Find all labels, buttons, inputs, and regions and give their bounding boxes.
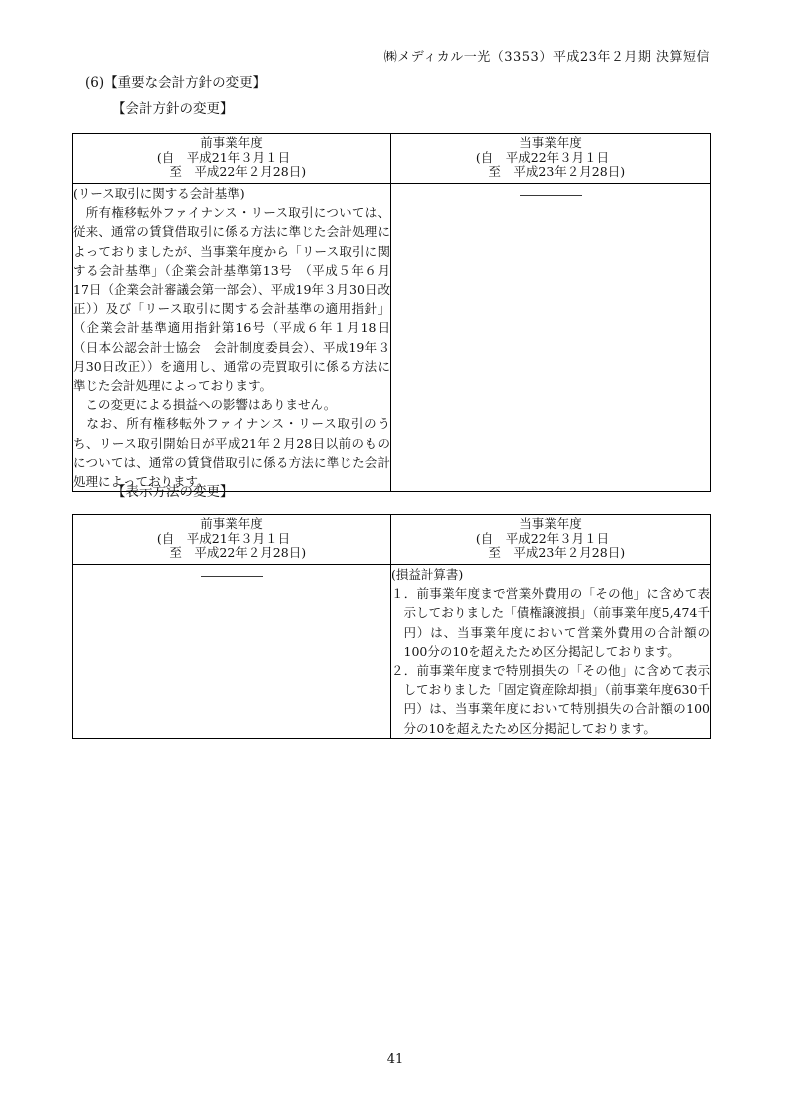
numbered-item: ２．前事業年度まで特別損失の「その他」に含めて表示しておりました「固定資産除却損… [391, 661, 710, 738]
paragraph: 所有権移転外ファイナンス・リース取引については、従来、通常の賃貸借取引に係る方法… [73, 203, 390, 395]
table-header-row: 前事業年度 (自 平成21年３月１日 至 平成22年２月28日) 当事業年度 (… [73, 515, 711, 565]
accounting-policy-change-table: 前事業年度 (自 平成21年３月１日 至 平成22年２月28日) 当事業年度 (… [72, 133, 711, 492]
curr-fiscal-year-header: 当事業年度 (自 平成22年３月１日 至 平成23年２月28日) [391, 515, 711, 565]
reclassification-items: １．前事業年度まで営業外費用の「その他」に含めて表示しておりました「債権譲渡損」… [391, 584, 710, 738]
paragraph: この変更による損益への影響はありません。 [73, 395, 390, 414]
table-body-row: (損益計算書) １．前事業年度まで営業外費用の「その他」に含めて表示しておりまし… [73, 565, 711, 739]
curr-fiscal-year-header: 当事業年度 (自 平成22年３月１日 至 平成23年２月28日) [391, 134, 711, 184]
curr-fiscal-year-from: (自 平成22年３月１日 [476, 151, 625, 166]
curr-fiscal-year-to: 至 平成23年２月28日) [476, 546, 625, 561]
prev-fiscal-year-header: 前事業年度 (自 平成21年３月１日 至 平成22年２月28日) [73, 134, 391, 184]
lease-accounting-standard-cell: (リース取引に関する会計基準) 所有権移転外ファイナンス・リース取引については、… [73, 184, 391, 492]
document-page: ㈱メディカル一光（3353）平成23年２月期 決算短信 (6)【重要な会計方針の… [0, 0, 790, 1118]
prev-fiscal-year-title: 前事業年度 [157, 517, 306, 532]
prev-fiscal-year-to: 至 平成22年２月28日) [157, 546, 306, 561]
table-header-row: 前事業年度 (自 平成21年３月１日 至 平成22年２月28日) 当事業年度 (… [73, 134, 711, 184]
prev-fiscal-year-header: 前事業年度 (自 平成21年３月１日 至 平成22年２月28日) [73, 515, 391, 565]
page-number: 41 [0, 1052, 790, 1067]
curr-year-empty-cell [391, 184, 711, 492]
curr-fiscal-year-from: (自 平成22年３月１日 [476, 532, 625, 547]
paragraph: (リース取引に関する会計基準) [73, 184, 390, 203]
prev-fiscal-year-to: 至 平成22年２月28日) [157, 165, 306, 180]
none-indicator-dash [201, 576, 263, 577]
table-body-row: (リース取引に関する会計基準) 所有権移転外ファイナンス・リース取引については、… [73, 184, 711, 492]
curr-fiscal-year-block: 当事業年度 (自 平成22年３月１日 至 平成23年２月28日) [476, 517, 625, 561]
income-statement-reclassification-cell: (損益計算書) １．前事業年度まで営業外費用の「その他」に含めて表示しておりまし… [391, 565, 711, 739]
prev-year-empty-cell [73, 565, 391, 739]
section-title-important-accounting-policy-changes: (6)【重要な会計方針の変更】 [85, 71, 266, 91]
prev-fiscal-year-from: (自 平成21年３月１日 [157, 151, 306, 166]
curr-fiscal-year-to: 至 平成23年２月28日) [476, 165, 625, 180]
prev-fiscal-year-title: 前事業年度 [157, 136, 306, 151]
numbered-item: １．前事業年度まで営業外費用の「その他」に含めて表示しておりました「債権譲渡損」… [391, 584, 710, 661]
presentation-method-change-table: 前事業年度 (自 平成21年３月１日 至 平成22年２月28日) 当事業年度 (… [72, 514, 711, 739]
income-statement-heading: (損益計算書) [391, 565, 710, 584]
subsection-title-presentation-method-change: 【表示方法の変更】 [112, 480, 234, 500]
subsection-title-accounting-policy-change: 【会計方針の変更】 [112, 97, 234, 117]
prev-fiscal-year-from: (自 平成21年３月１日 [157, 532, 306, 547]
prev-fiscal-year-block: 前事業年度 (自 平成21年３月１日 至 平成22年２月28日) [157, 136, 306, 180]
none-indicator-dash [520, 195, 582, 196]
document-header: ㈱メディカル一光（3353）平成23年２月期 決算短信 [384, 46, 710, 65]
prev-fiscal-year-block: 前事業年度 (自 平成21年３月１日 至 平成22年２月28日) [157, 517, 306, 561]
curr-fiscal-year-block: 当事業年度 (自 平成22年３月１日 至 平成23年２月28日) [476, 136, 625, 180]
curr-fiscal-year-title: 当事業年度 [476, 136, 625, 151]
lease-accounting-paragraphs: (リース取引に関する会計基準) 所有権移転外ファイナンス・リース取引については、… [73, 184, 390, 491]
curr-fiscal-year-title: 当事業年度 [476, 517, 625, 532]
